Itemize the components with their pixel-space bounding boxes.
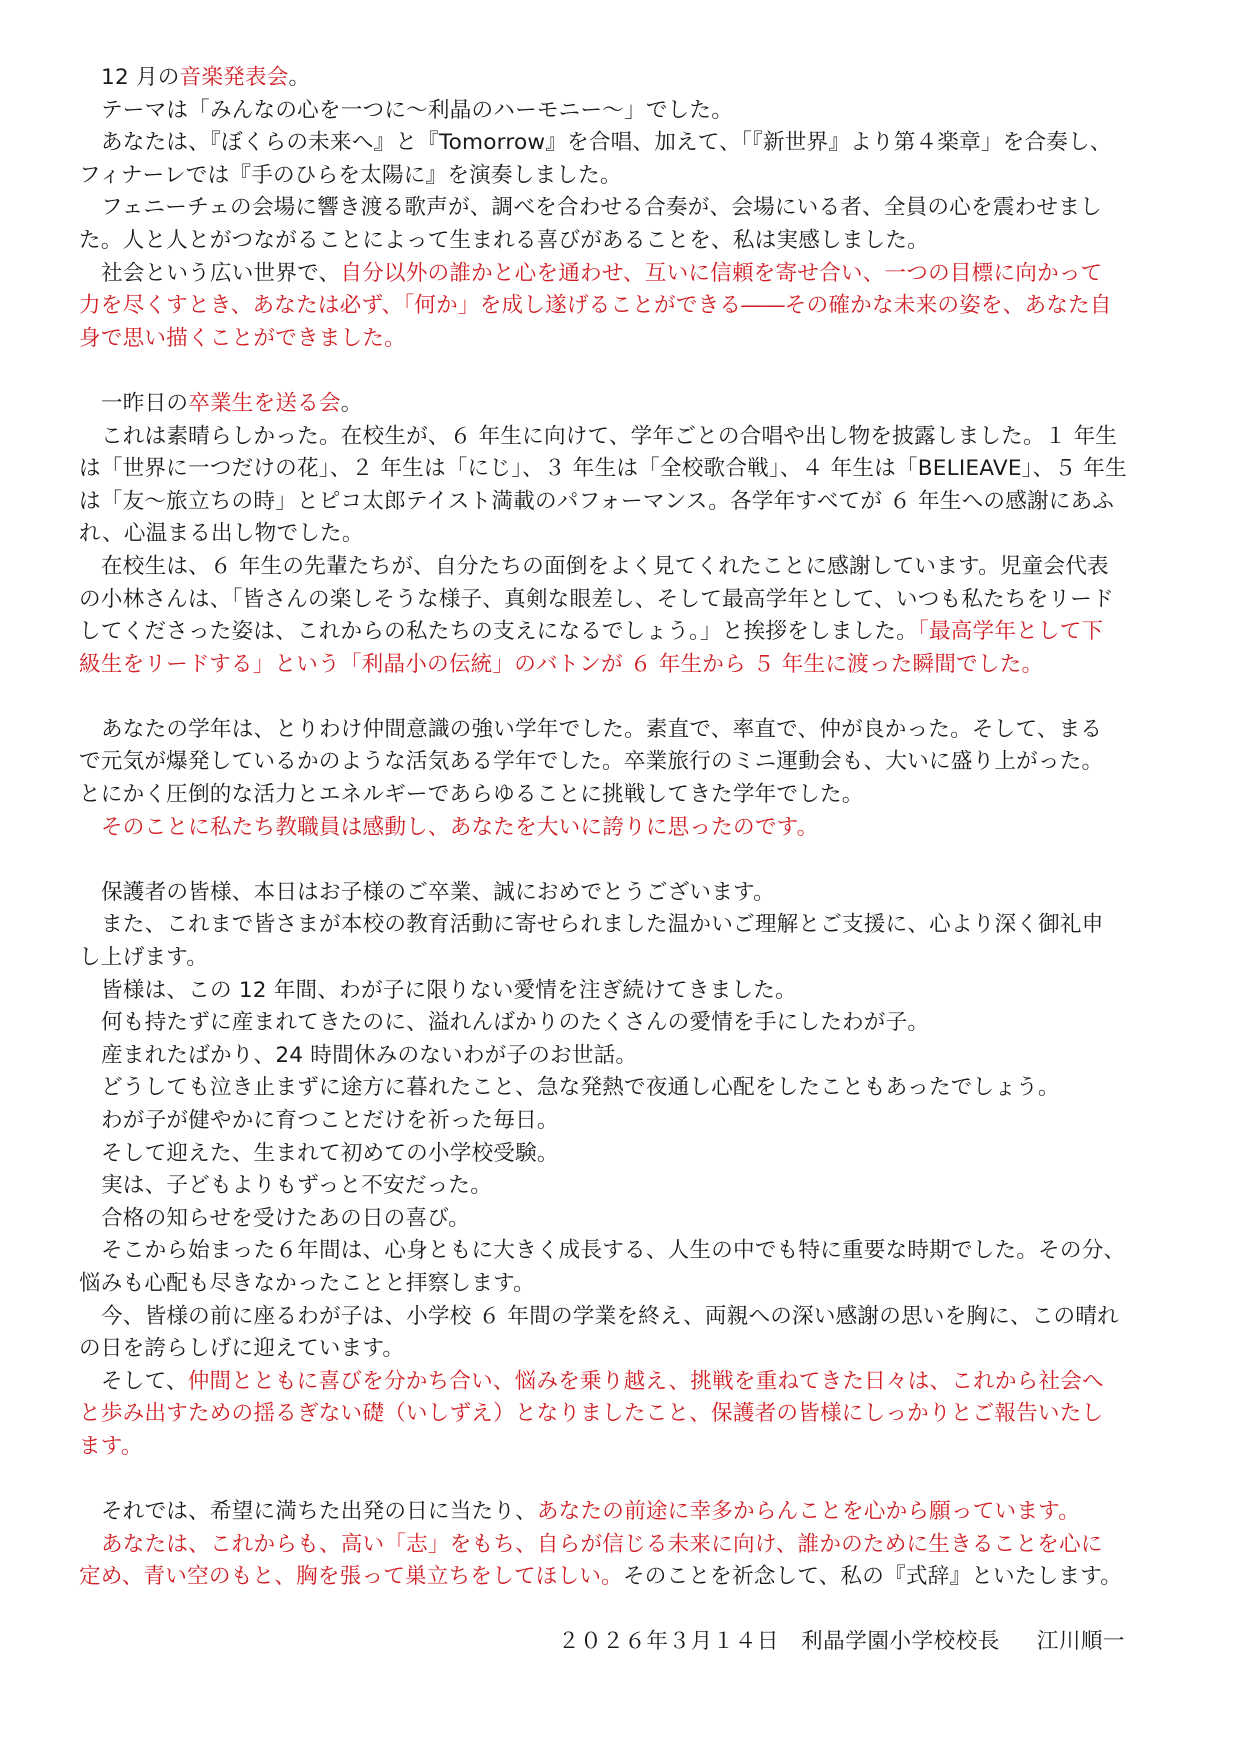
highlighted-text: 自分以外の誰かと心を通わせ、互いに信頼を寄せ合い、一つの目標に向かって	[340, 261, 1102, 286]
body-text: そこから始まった６年間は、心身ともに大きく成長する、人生の中でも特に重要な時期で…	[101, 1238, 1125, 1263]
text-line: あなたの学年は、とりわけ仲間意識の強い学年でした。素直で、率直で、仲が良かった。…	[79, 714, 1162, 747]
signature-line: ２０２６年３月１４日 利晶学園小学校校長 江川順一	[558, 1626, 1125, 1658]
highlighted-text: あなたは、これからも、高い「志」をもち、自らが信じる未来に向け、誰かのために生き…	[101, 1532, 1103, 1557]
section-farewell-party: 一昨日の卒業生を送る会。これは素晴らしかった。在校生が、６ 年生に向けて、学年ご…	[79, 388, 1162, 681]
text-line: 皆様は、この 12 年間、わが子に限りない愛情を注ぎ続けてきました。	[79, 975, 1162, 1008]
section-your-grade: あなたの学年は、とりわけ仲間意識の強い学年でした。素直で、率直で、仲が良かった。…	[79, 714, 1162, 844]
body-text: 。	[341, 391, 363, 416]
text-line: そのことに私たち教職員は感動し、あなたを大いに誇りに思ったのです。	[79, 812, 1162, 845]
body-text: 保護者の皆様、本日はお子様のご卒業、誠におめでとうございます。	[101, 880, 775, 905]
paragraph-gap	[79, 1464, 1162, 1497]
text-line: と歩み出すための揺るぎない礎（いしずえ）となりましたこと、保護者の皆様にしっかり…	[79, 1398, 1162, 1431]
text-line: 悩みも心配も尽きなかったことと拝察します。	[79, 1268, 1162, 1301]
body-text: 悩みも心配も尽きなかったことと拝察します。	[79, 1271, 535, 1296]
text-line: これは素晴らしかった。在校生が、６ 年生に向けて、学年ごとの合唱や出し物を披露し…	[79, 421, 1162, 454]
text-line: 力を尽くすとき、あなたは必ず、「何か」を成し遂げることができる――その確かな未来…	[79, 290, 1162, 323]
body-text: 合格の知らせを受けたあの日の喜び。	[101, 1206, 470, 1231]
text-line: は「世界に一つだけの花」、２ 年生は「にじ」、３ 年生は「全校歌合戦」、４ 年生…	[79, 453, 1162, 486]
signature-date: ２０２６年３月１４日	[558, 1629, 779, 1654]
highlighted-text: あなたの前途に幸多からんことを心から願っています。	[537, 1499, 1080, 1524]
text-line: れ、心温まる出し物でした。	[79, 518, 1162, 551]
text-line: フェニーチェの会場に響き渡る歌声が、調べを合わせる合奏が、会場にいる者、全員の心…	[79, 192, 1162, 225]
highlighted-text: 「最高学年として下	[918, 619, 1103, 644]
text-line: 何も持たずに産まれてきたのに、溢れんばかりのたくさんの愛情を手にしたわが子。	[79, 1007, 1162, 1040]
text-line: どうしても泣き止まずに途方に暮れたこと、急な発熱で夜通し心配をしたこともあったで…	[79, 1072, 1162, 1105]
body-text: わが子が健やかに育つことだけを祈った毎日。	[101, 1108, 559, 1133]
text-line: 社会という広い世界で、自分以外の誰かと心を通わせ、互いに信頼を寄せ合い、一つの目…	[79, 258, 1162, 291]
body-text: あなたの学年は、とりわけ仲間意識の強い学年でした。素直で、率直で、仲が良かった。…	[101, 717, 1102, 742]
body-text: し上げます。	[79, 945, 208, 970]
text-line: テーマは「みんなの心を一つに～利晶のハーモニー～」でした。	[79, 95, 1162, 128]
text-line: ます。	[79, 1431, 1162, 1464]
text-line: そして、仲間とともに喜びを分かち合い、悩みを乗り越え、挑戦を重ねてきた日々は、こ…	[79, 1366, 1162, 1399]
signature-name: 江川順一	[1037, 1629, 1125, 1654]
body-text: どうしても泣き止まずに途方に暮れたこと、急な発熱で夜通し心配をしたこともあったで…	[101, 1075, 1060, 1100]
body-text: れ、心温まる出し物でした。	[79, 521, 364, 546]
text-line: 級生をリードする」という「利晶小の伝統」のバトンが ６ 年生から ５ 年生に渡っ…	[79, 649, 1162, 682]
body-text: の日を誇らしげに迎えています。	[79, 1336, 404, 1361]
text-line: で元気が爆発しているかのような活気ある学年でした。卒業旅行のミニ運動会も、大いに…	[79, 746, 1162, 779]
text-line: フィナーレでは『手のひらを太陽に』を演奏しました。	[79, 160, 1162, 193]
text-line: の小林さんは、「皆さんの楽しそうな様子、真剣な眼差し、そして最高学年として、いつ…	[79, 584, 1162, 617]
highlighted-text: 卒業生を送る会	[188, 391, 341, 416]
body-text: た。人と人とがつながることによって生まれる喜びがあることを、私は実感しました。	[79, 228, 929, 253]
highlighted-text: 音楽発表会	[180, 65, 289, 90]
text-line: の日を誇らしげに迎えています。	[79, 1333, 1162, 1366]
highlighted-text: 身で思い描くことができました。	[79, 326, 406, 351]
text-line: 今、皆様の前に座るわが子は、小学校 ６ 年間の学業を終え、両親への深い感謝の思い…	[79, 1301, 1162, 1334]
body-text: あなたは、『ぼくらの未来へ』と『Tomorrow』を合唱、加えて、「『新世界』よ…	[101, 130, 1112, 155]
body-text: は「世界に一つだけの花」、２ 年生は「にじ」、３ 年生は「全校歌合戦」、４ 年生…	[79, 456, 1127, 481]
signature-title: 利晶学園小学校校長	[801, 1629, 1000, 1654]
body-text: とにかく圧倒的な活力とエネルギーであらゆることに挑戦してきた学年でした。	[79, 782, 864, 807]
body-text: 実は、子どもよりもずっと不安だった。	[101, 1173, 492, 1198]
text-line: は「友～旅立ちの時」とピコ太郎テイスト満載のパフォーマンス。各学年すべてが ６ …	[79, 486, 1162, 519]
highlighted-text: 力を尽くすとき、あなたは必ず、「何か」を成し遂げることができる――その確かな未来…	[79, 293, 1112, 318]
body-text: は「友～旅立ちの時」とピコ太郎テイスト満載のパフォーマンス。各学年すべてが ６ …	[79, 489, 1114, 514]
body-text: 一昨日の	[101, 391, 188, 416]
text-line: わが子が健やかに育つことだけを祈った毎日。	[79, 1105, 1162, 1138]
speech-body: 12 月の音楽発表会。テーマは「みんなの心を一つに～利晶のハーモニー～」でした。…	[79, 62, 1162, 1594]
highlighted-text: 定め、青い空のもと、胸を張って巣立ちをしてほしい。	[79, 1564, 623, 1589]
body-text: 社会という広い世界で、	[101, 261, 340, 286]
body-text: そして迎えた、生まれて初めての小学校受験。	[101, 1141, 559, 1166]
paragraph-gap	[79, 355, 1162, 388]
section-closing: それでは、希望に満ちた出発の日に当たり、あなたの前途に幸多からんことを心から願っ…	[79, 1496, 1162, 1594]
text-line: そして迎えた、生まれて初めての小学校受験。	[79, 1138, 1162, 1171]
body-text: 皆様は、この 12 年間、わが子に限りない愛情を注ぎ続けてきました。	[101, 978, 797, 1003]
body-text: そして、	[101, 1369, 188, 1394]
text-line: それでは、希望に満ちた出発の日に当たり、あなたの前途に幸多からんことを心から願っ…	[79, 1496, 1162, 1529]
text-line: そこから始まった６年間は、心身ともに大きく成長する、人生の中でも特に重要な時期で…	[79, 1235, 1162, 1268]
text-line: 一昨日の卒業生を送る会。	[79, 388, 1162, 421]
text-line: 12 月の音楽発表会。	[79, 62, 1162, 95]
body-text: フェニーチェの会場に響き渡る歌声が、調べを合わせる合奏が、会場にいる者、全員の心…	[101, 195, 1102, 220]
body-text: これは素晴らしかった。在校生が、６ 年生に向けて、学年ごとの合唱や出し物を披露し…	[101, 424, 1117, 449]
text-line: してくださった姿は、これからの私たちの支えになるでしょう。」と挨拶をしました。「…	[79, 616, 1162, 649]
text-line: 保護者の皆様、本日はお子様のご卒業、誠におめでとうございます。	[79, 877, 1162, 910]
body-text: また、これまで皆さまが本校の教育活動に寄せられました温かいご理解とご支援に、心よ…	[101, 912, 1104, 937]
text-line: あなたは、『ぼくらの未来へ』と『Tomorrow』を合唱、加えて、「『新世界』よ…	[79, 127, 1162, 160]
body-text: で元気が爆発しているかのような活気ある学年でした。卒業旅行のミニ運動会も、大いに…	[79, 749, 1103, 774]
highlighted-text: 仲間とともに喜びを分かち合い、悩みを乗り越え、挑戦を重ねてきた日々は、これから社…	[188, 1369, 1104, 1394]
text-line: 合格の知らせを受けたあの日の喜び。	[79, 1203, 1162, 1236]
text-line: また、これまで皆さまが本校の教育活動に寄せられました温かいご理解とご支援に、心よ…	[79, 909, 1162, 942]
body-text: それでは、希望に満ちた出発の日に当たり、	[101, 1499, 537, 1524]
text-line: とにかく圧倒的な活力とエネルギーであらゆることに挑戦してきた学年でした。	[79, 779, 1162, 812]
text-line: あなたは、これからも、高い「志」をもち、自らが信じる未来に向け、誰かのために生き…	[79, 1529, 1162, 1562]
body-text: してくださった姿は、これからの私たちの支えになるでしょう。」と挨拶をしました。	[79, 619, 918, 644]
highlighted-text: ます。	[79, 1434, 143, 1459]
highlighted-text: 級生をリードする」という「利晶小の伝統」のバトンが ６ 年生から ５ 年生に渡っ…	[79, 652, 1043, 677]
text-line: 実は、子どもよりもずっと不安だった。	[79, 1170, 1162, 1203]
paragraph-gap	[79, 681, 1162, 714]
body-text: の小林さんは、「皆さんの楽しそうな様子、真剣な眼差し、そして最高学年として、いつ…	[79, 587, 1114, 612]
body-text: 在校生は、６ 年生の先輩たちが、自分たちの面倒をよく見てくれたことに感謝していま…	[101, 554, 1109, 579]
paragraph-gap	[79, 844, 1162, 877]
body-text: 。	[289, 65, 311, 90]
body-text: 今、皆様の前に座るわが子は、小学校 ６ 年間の学業を終え、両親への深い感謝の思い…	[101, 1304, 1119, 1329]
text-line: 産まれたばかり、24 時間休みのないわが子のお世話。	[79, 1040, 1162, 1073]
text-line: 在校生は、６ 年生の先輩たちが、自分たちの面倒をよく見てくれたことに感謝していま…	[79, 551, 1162, 584]
body-text: 産まれたばかり、24 時間休みのないわが子のお世話。	[101, 1043, 637, 1068]
highlighted-text: そのことに私たち教職員は感動し、あなたを大いに誇りに思ったのです。	[101, 815, 818, 840]
body-text: 何も持たずに産まれてきたのに、溢れんばかりのたくさんの愛情を手にしたわが子。	[101, 1010, 929, 1035]
text-line: し上げます。	[79, 942, 1162, 975]
body-text: そのことを祈念して、私の『式辞』といたします。	[623, 1564, 1122, 1589]
text-line: た。人と人とがつながることによって生まれる喜びがあることを、私は実感しました。	[79, 225, 1162, 258]
text-line: 身で思い描くことができました。	[79, 323, 1162, 356]
body-text: テーマは「みんなの心を一つに～利晶のハーモニー～」でした。	[101, 98, 733, 123]
section-to-parents: 保護者の皆様、本日はお子様のご卒業、誠におめでとうございます。また、これまで皆さ…	[79, 877, 1162, 1464]
section-music-concert: 12 月の音楽発表会。テーマは「みんなの心を一つに～利晶のハーモニー～」でした。…	[79, 62, 1162, 355]
body-text: フィナーレでは『手のひらを太陽に』を演奏しました。	[79, 163, 622, 188]
highlighted-text: と歩み出すための揺るぎない礎（いしずえ）となりましたこと、保護者の皆様にしっかり…	[79, 1401, 1103, 1426]
text-line: 定め、青い空のもと、胸を張って巣立ちをしてほしい。そのことを祈念して、私の『式辞…	[79, 1561, 1162, 1594]
body-text: 12 月の	[101, 65, 180, 90]
